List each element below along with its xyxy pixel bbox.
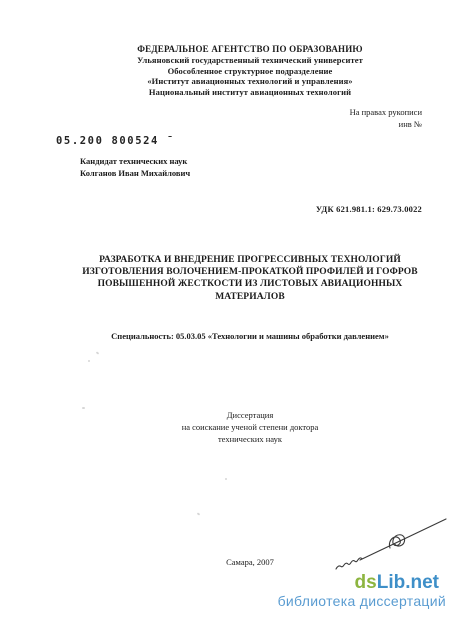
dslib-logo: dsLib.net xyxy=(278,573,446,593)
institute-name: «Институт авиационных технологий и управ… xyxy=(50,76,450,87)
scan-speck xyxy=(88,360,90,362)
udc-code: УДК 621.981.1: 629.73.0022 xyxy=(316,204,422,214)
title-line: МАТЕРИАЛОВ xyxy=(50,291,450,303)
title-line: ИЗГОТОВЛЕНИЯ ВОЛОЧЕНИЕМ-ПРОКАТКОЙ ПРОФИЛ… xyxy=(50,266,450,278)
manuscript-notice: На правах рукописи инв № xyxy=(350,106,422,130)
scan-speck xyxy=(96,351,100,354)
dslib-watermark: dsLib.net библиотека диссертаций xyxy=(278,573,446,609)
institution-header: ФЕДЕРАЛЬНОЕ АГЕНТСТВО ПО ОБРАЗОВАНИЮ Уль… xyxy=(50,44,450,98)
title-line: РАЗРАБОТКА И ВНЕДРЕНИЕ ПРОГРЕССИВНЫХ ТЕХ… xyxy=(50,254,450,266)
university-name: Ульяновский государственный технический … xyxy=(50,55,450,66)
title-line: ПОВЫШЕННОЙ ЖЕСТКОСТИ ИЗ ЛИСТОВЫХ АВИАЦИО… xyxy=(50,278,450,290)
inventory-stamp-number: 05.200 800524 ¯ xyxy=(56,135,175,147)
author-name: Колганов Иван Михайлович xyxy=(80,168,190,180)
thesis-type: Диссертация xyxy=(50,409,450,421)
thesis-field-line: технических наук xyxy=(50,433,450,445)
scan-speck xyxy=(197,512,201,515)
scan-speck xyxy=(225,478,227,480)
subdivision-line: Обособленное структурное подразделение xyxy=(50,66,450,77)
author-degree: Кандидат технических наук xyxy=(80,156,190,168)
agency-name: ФЕДЕРАЛЬНОЕ АГЕНТСТВО ПО ОБРАЗОВАНИЮ xyxy=(50,44,450,55)
dslib-logo-libnet: Lib.net xyxy=(377,572,439,593)
dslib-subtitle: библиотека диссертаций xyxy=(278,594,446,609)
thesis-type-block: Диссертация на соискание ученой степени … xyxy=(50,409,450,445)
dissertation-title-page: ФЕДЕРАЛЬНОЕ АГЕНТСТВО ПО ОБРАЗОВАНИЮ Уль… xyxy=(0,0,450,627)
scan-speck xyxy=(82,407,85,409)
author-block: Кандидат технических наук Колганов Иван … xyxy=(80,156,190,179)
dissertation-title: РАЗРАБОТКА И ВНЕДРЕНИЕ ПРОГРЕССИВНЫХ ТЕХ… xyxy=(50,254,450,303)
manuscript-rights-note: На правах рукописи xyxy=(350,106,422,118)
national-institute-name: Национальный институт авиационных технол… xyxy=(50,87,450,98)
city-year: Самара, 2007 xyxy=(50,557,450,567)
specialty-line: Специальность: 05.03.05 «Технологии и ма… xyxy=(35,331,450,341)
dslib-logo-ds: ds xyxy=(355,572,377,593)
thesis-degree-line: на соискание ученой степени доктора xyxy=(50,421,450,433)
inventory-number-label: инв № xyxy=(350,118,422,130)
